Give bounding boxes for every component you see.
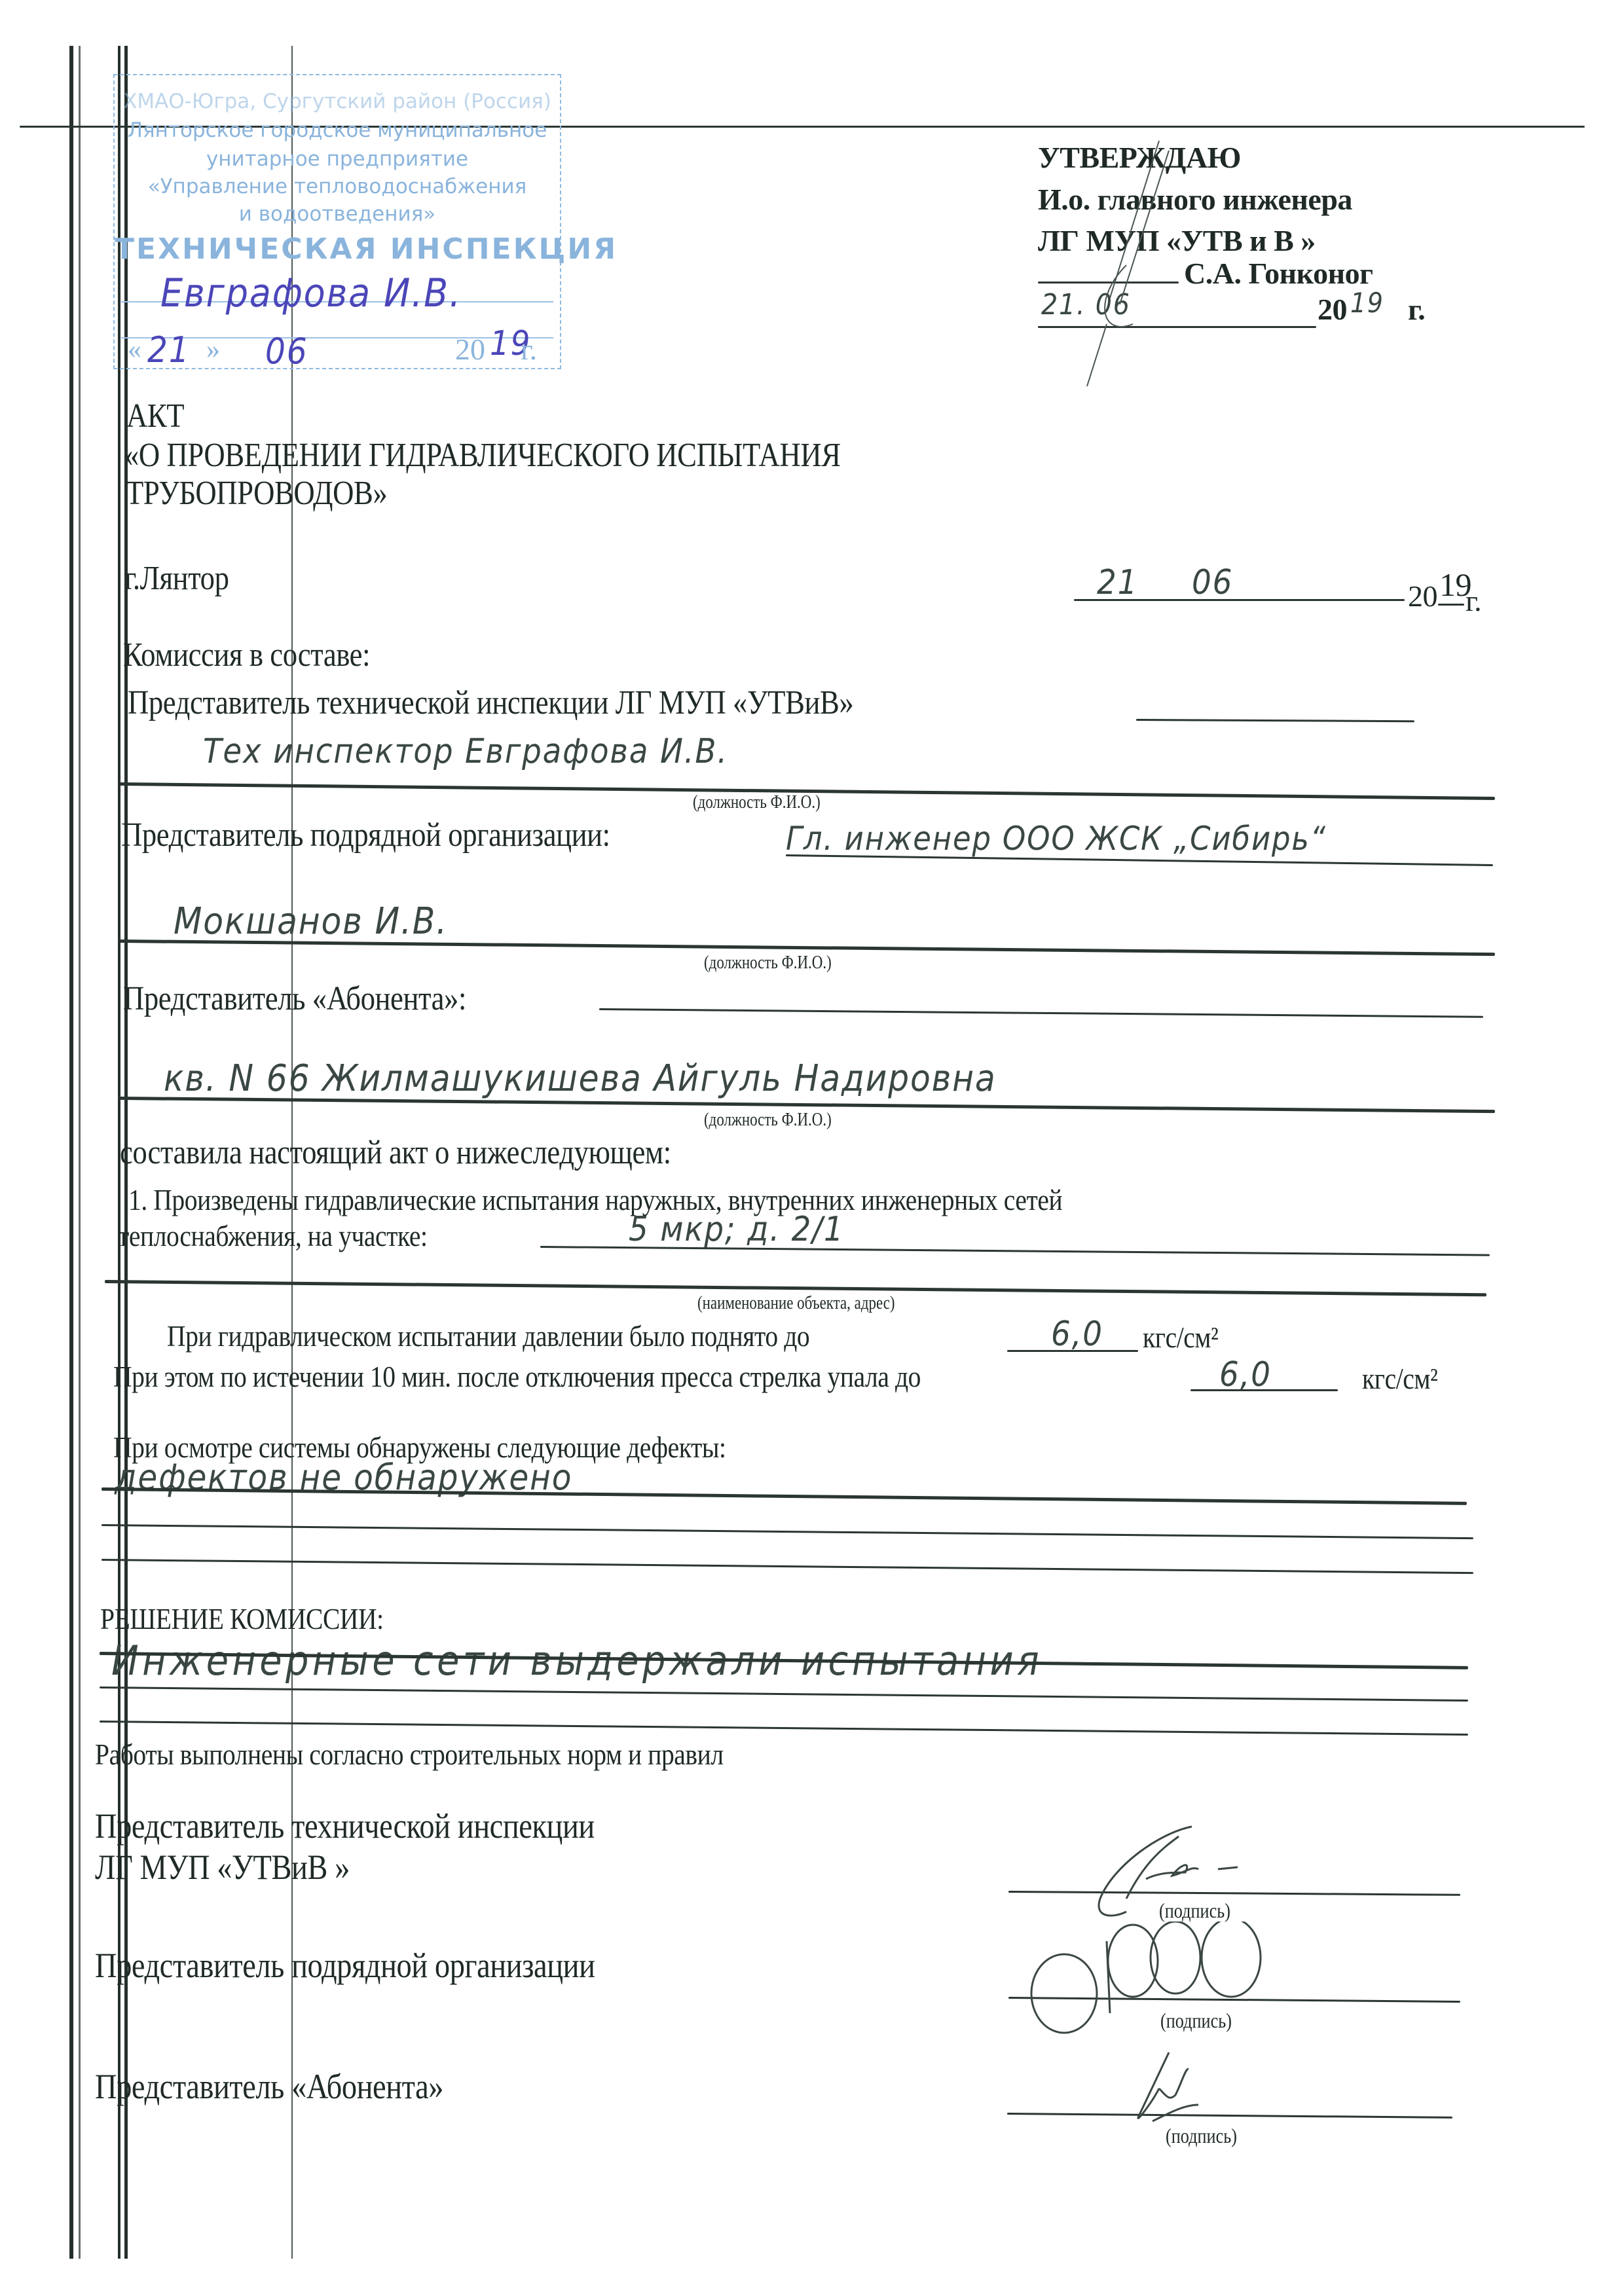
title-line-2: «О ПРОВЕДЕНИИ ГИДРАВЛИЧЕСКОГО ИСПЫТАНИЯ <box>124 439 841 473</box>
stamp-year-label: г. <box>521 332 537 367</box>
commission-heading: Комиссия в составе: <box>123 638 370 672</box>
scan-margin-line <box>69 46 73 2259</box>
approval-year-label: г. <box>1408 295 1425 325</box>
decision-heading: РЕШЕНИЕ КОМИССИИ: <box>100 1604 384 1634</box>
stamp-year-prefix: 20 <box>455 332 485 367</box>
stamp-title: ТЕХНИЧЕСКАЯ ИНСПЕКЦИЯ <box>115 232 560 266</box>
pressure-after-text: При этом по истечении 10 мин. после откл… <box>113 1362 921 1392</box>
approval-organization: ЛГ МУП «УТВ и В » <box>1038 226 1316 256</box>
act-date-month: 06 <box>1192 563 1233 602</box>
site-value[interactable]: 5 мкр; д. 2/1 <box>629 1210 844 1249</box>
item1-line1: 1. Произведены гидравлические испытания … <box>128 1185 1062 1215</box>
pressure-unit-2: кгс/см² <box>1362 1364 1437 1394</box>
pressure-raised-text: При гидравлическом испытании давлении бы… <box>167 1321 809 1351</box>
subscriber-caption: (должность Ф.И.О.) <box>704 1110 832 1131</box>
pressure-after-value[interactable]: 6,0 <box>1219 1355 1272 1394</box>
contractor-value-line2[interactable]: Мокшанов И.В. <box>174 900 448 943</box>
act-date-day: 21 <box>1097 563 1138 602</box>
stamp-quote-close: » <box>206 334 220 365</box>
stamp-date-month: 06 <box>265 331 308 372</box>
contractor-value-line1[interactable]: Гл. инженер ООО ЖСК „Сибирь“ <box>786 820 1327 858</box>
sign-contractor: Представитель подрядной организации <box>95 1948 595 1983</box>
title-line-1: АКТ <box>126 399 184 433</box>
sign-caption-contractor: (подпись) <box>1160 2009 1232 2033</box>
stamp-signature: Евграфова И.В. <box>160 270 462 316</box>
sign-tech-rep-line1: Представитель технической инспекции <box>95 1808 595 1844</box>
stamp-line: унитарное предприятие <box>115 147 560 171</box>
tech-rep-label: Представитель технической инспекции ЛГ М… <box>128 686 853 720</box>
subscriber-label: Представитель «Абонента»: <box>123 982 466 1016</box>
act-year-label: г. <box>1466 586 1481 616</box>
approval-year-suffix: 19 <box>1350 287 1384 319</box>
stamp-line: и водоотведения» <box>115 202 560 226</box>
sign-tech-rep-line2: ЛГ МУП «УТВиВ » <box>95 1850 350 1885</box>
inspection-stamp: ХМАО-Югра, Сургутский район (Россия) Лян… <box>113 74 561 369</box>
pressure-raised-value[interactable]: 6,0 <box>1051 1315 1103 1354</box>
stamp-line: ХМАО-Югра, Сургутский район (Россия) <box>115 90 560 113</box>
pressure-unit-1: кгс/см² <box>1143 1322 1218 1353</box>
stamp-line: Лянторское городское муниципальное <box>115 118 560 142</box>
stamp-date-day: 21 <box>147 329 190 371</box>
item1-line2: теплоснабжения, на участке: <box>118 1221 428 1251</box>
approver-name: С.А. Гонконог <box>1184 259 1373 289</box>
approval-heading: УТВЕРЖДАЮ <box>1038 143 1241 173</box>
sign-subscriber: Представитель «Абонента» <box>95 2069 443 2104</box>
approval-position: И.о. главного инженера <box>1038 185 1352 215</box>
city: г.Лянтор <box>124 562 229 596</box>
title-line-3: ТРУБОПРОВОДОВ» <box>126 477 387 511</box>
stamp-line: «Управление тепловодоснабжения <box>115 175 560 198</box>
contractor-label: Представитель подрядной организации: <box>121 818 610 852</box>
site-caption: (наименование объекта, адрес) <box>697 1293 895 1314</box>
tech-rep-caption: (должность Ф.И.О.) <box>693 792 821 813</box>
sign-caption-subscriber: (подпись) <box>1166 2124 1237 2148</box>
approval-year-prefix: 20 <box>1318 295 1347 325</box>
works-done-statement: Работы выполнены согласно строительных н… <box>95 1740 724 1770</box>
act-year-prefix: 20 <box>1408 581 1437 611</box>
sign-caption-tech: (подпись) <box>1159 1899 1230 1923</box>
scan-margin-line <box>79 46 81 2259</box>
subscriber-signature <box>1113 2049 1244 2134</box>
stamp-quote-open: « <box>128 334 141 365</box>
tech-rep-value[interactable]: Тех инспектор Евграфова И.В. <box>203 732 728 771</box>
contractor-caption: (должность Ф.И.О.) <box>704 953 832 974</box>
subscriber-value[interactable]: кв. N 66 Жилмашукишева Айгуль Надировна <box>164 1057 997 1100</box>
contractor-signature <box>1022 1922 1297 2046</box>
composed-statement: составила настоящий акт о нижеследующем: <box>120 1136 671 1170</box>
approval-date-handwritten: 21. 06 <box>1041 288 1131 321</box>
